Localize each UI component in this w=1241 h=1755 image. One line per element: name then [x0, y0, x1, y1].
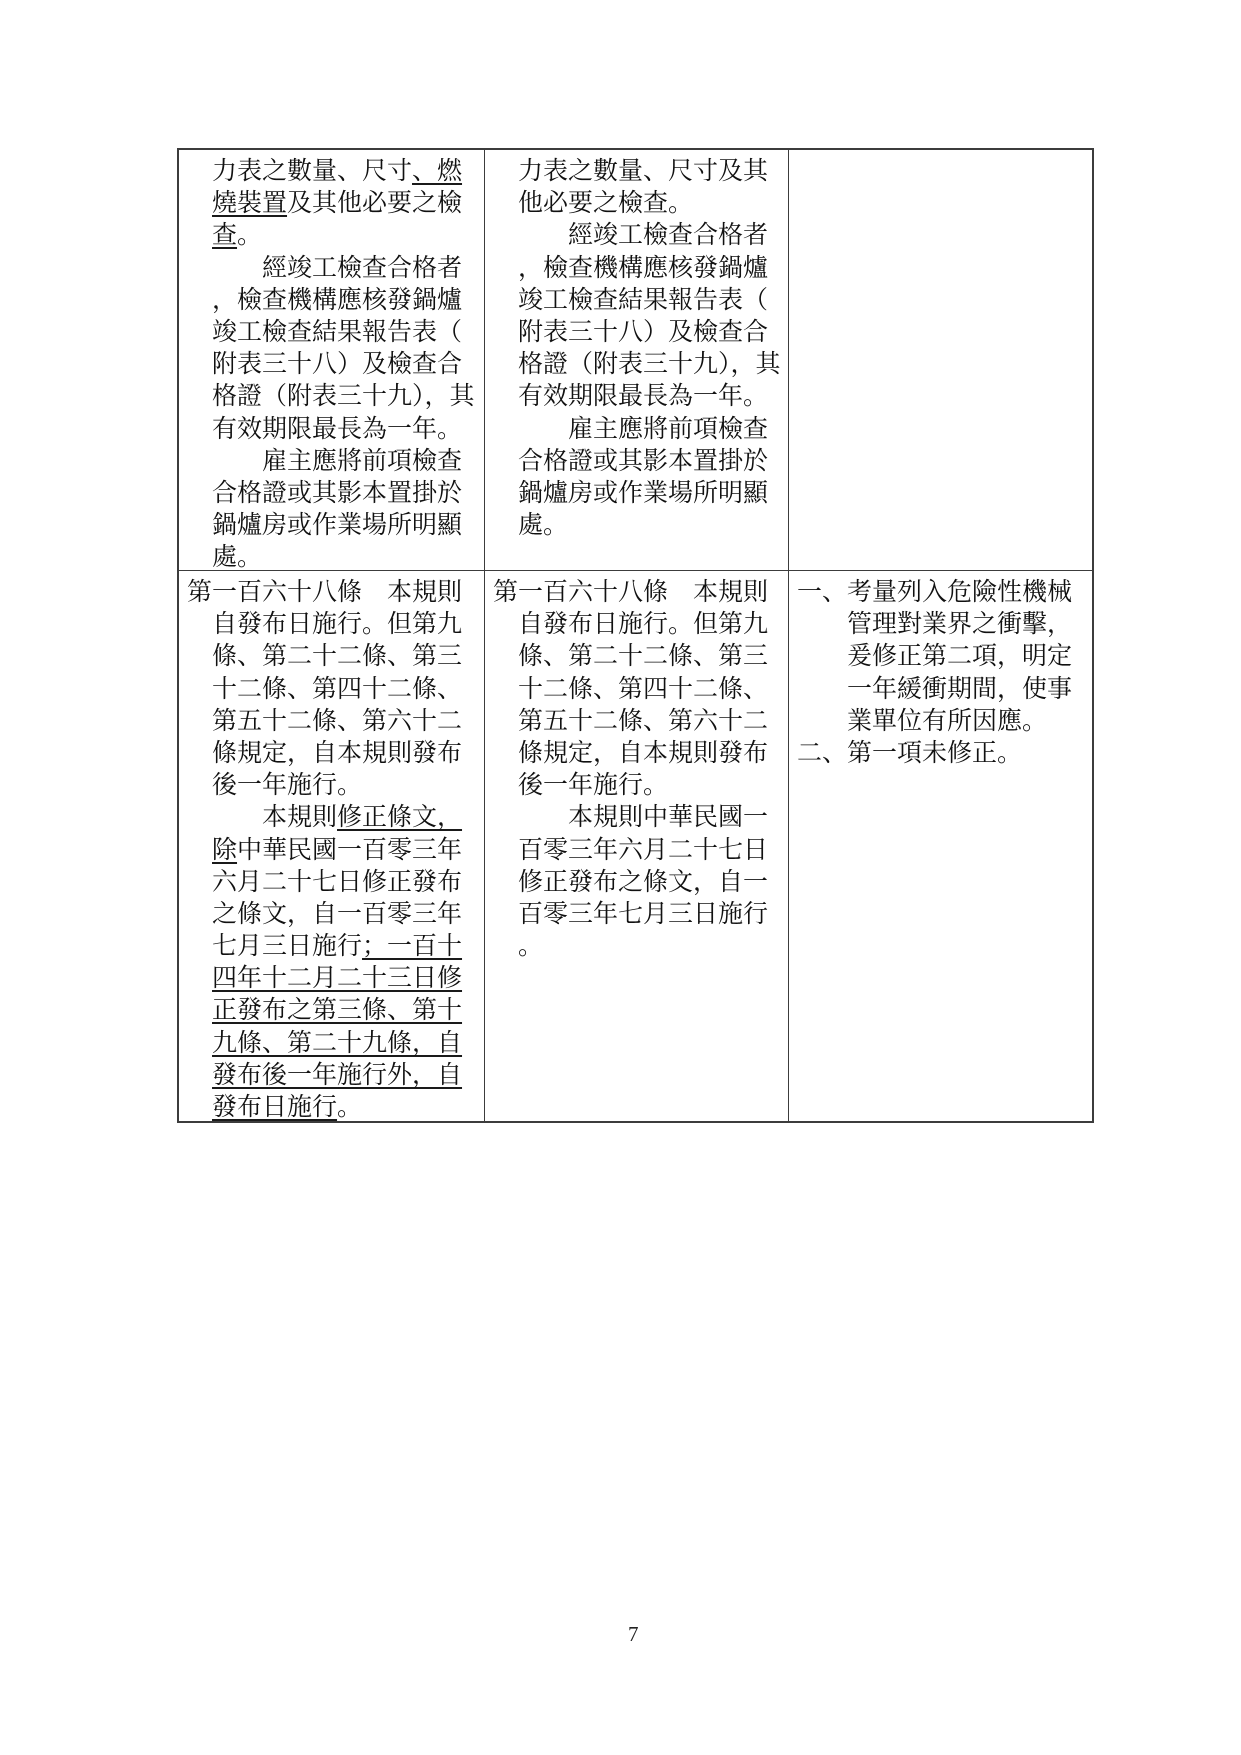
text-line: 條規定，自本規則發布: [187, 737, 480, 769]
text-line: 四年十二月二十三日修: [187, 962, 480, 994]
text-line: 除中華民國一百零三年: [187, 834, 480, 866]
text-line: 條規定，自本規則發布: [493, 737, 784, 769]
text-line: ，檢查機構應核發鍋爐: [187, 284, 480, 316]
text-line: 業單位有所因應。: [797, 705, 1088, 737]
text-line: 經竣工檢查合格者: [187, 252, 480, 284]
text-line: 七月三日施行；一百十: [187, 930, 480, 962]
text-line: 六月二十七日修正發布: [187, 866, 480, 898]
text-line: 雇主應將前項檢查: [187, 445, 480, 477]
text-line: 修正發布之條文，自一: [493, 866, 784, 898]
text-line: 第五十二條、第六十二: [493, 705, 784, 737]
text-line: 第五十二條、第六十二: [187, 705, 480, 737]
text-line: 處。: [187, 541, 480, 571]
text-line: 他必要之檢查。: [493, 187, 784, 219]
table-cell-article-168-explanation: 一、考量列入危險性機械 管理對業界之衝擊， 爰修正第二項，明定 一年緩衝期間，使…: [789, 571, 1092, 1121]
text-line: 發布後一年施行外，自: [187, 1059, 480, 1091]
text-line: 竣工檢查結果報告表（: [493, 284, 784, 316]
text-line: 鍋爐房或作業場所明顯: [187, 509, 480, 541]
text-line: 附表三十八）及檢查合: [187, 348, 480, 380]
text-line: 雇主應將前項檢查: [493, 413, 784, 445]
text-line: 合格證或其影本置掛於: [493, 445, 784, 477]
text-line: 力表之數量、尺寸及其: [493, 155, 784, 187]
text-line: 第一百六十八條 本規則: [493, 576, 784, 608]
text-line: 本規則中華民國一: [493, 801, 784, 833]
text-line: 查。: [187, 219, 480, 251]
text-line: 正發布之第三條、第十: [187, 994, 480, 1026]
text-line: 燒裝置及其他必要之檢: [187, 187, 480, 219]
page-number: 7: [0, 1622, 1241, 1647]
text-line: 竣工檢查結果報告表（: [187, 316, 480, 348]
text-line: 有效期限最長為一年。: [187, 413, 480, 445]
text-line: 發布日施行。: [187, 1091, 480, 1121]
text-line: 合格證或其影本置掛於: [187, 477, 480, 509]
text-line: 一年緩衝期間，使事: [797, 673, 1088, 705]
text-line: 本規則修正條文，: [187, 801, 480, 833]
text-line: 百零三年六月二十七日: [493, 834, 784, 866]
text-line: ，檢查機構應核發鍋爐: [493, 252, 784, 284]
text-line: 條、第二十二條、第三: [187, 640, 480, 672]
text-line: 第一百六十八條 本規則: [187, 576, 480, 608]
text-line: 爰修正第二項，明定: [797, 640, 1088, 672]
text-line: 自發布日施行。但第九: [187, 608, 480, 640]
text-line: 附表三十八）及檢查合: [493, 316, 784, 348]
text-line: 力表之數量、尺寸、燃: [187, 155, 480, 187]
text-line: 自發布日施行。但第九: [493, 608, 784, 640]
table-cell-current-continued: 力表之數量、尺寸及其 他必要之檢查。 經竣工檢查合格者 ，檢查機構應核發鍋爐 竣…: [485, 150, 789, 571]
regulation-comparison-table: 力表之數量、尺寸、燃 燒裝置及其他必要之檢 查。 經竣工檢查合格者 ，檢查機構應…: [177, 148, 1094, 1123]
text-line: 鍋爐房或作業場所明顯: [493, 477, 784, 509]
text-line: 格證（附表三十九），其: [493, 348, 784, 380]
text-line: 管理對業界之衝擊，: [797, 608, 1088, 640]
text-line: 之條文，自一百零三年: [187, 898, 480, 930]
text-line: 十二條、第四十二條、: [493, 673, 784, 705]
document-page: 力表之數量、尺寸、燃 燒裝置及其他必要之檢 查。 經竣工檢查合格者 ，檢查機構應…: [0, 0, 1241, 1755]
text-line: 後一年施行。: [187, 769, 480, 801]
text-line: 。: [493, 930, 784, 962]
text-line: 經竣工檢查合格者: [493, 219, 784, 251]
text-line: 九條、第二十九條，自: [187, 1027, 480, 1059]
text-line: 格證（附表三十九），其: [187, 380, 480, 412]
table-cell-explanation-empty: [789, 150, 1092, 571]
table-cell-article-168-current: 第一百六十八條 本規則 自發布日施行。但第九 條、第二十二條、第三 十二條、第四…: [485, 571, 789, 1121]
text-line: 後一年施行。: [493, 769, 784, 801]
text-line: 處。: [493, 509, 784, 541]
text-line: 一、考量列入危險性機械: [797, 576, 1088, 608]
text-line: 二、第一項未修正。: [797, 737, 1088, 769]
table-cell-article-168-amended: 第一百六十八條 本規則 自發布日施行。但第九 條、第二十二條、第三 十二條、第四…: [179, 571, 485, 1121]
text-line: 百零三年七月三日施行: [493, 898, 784, 930]
text-line: 有效期限最長為一年。: [493, 380, 784, 412]
text-line: 條、第二十二條、第三: [493, 640, 784, 672]
text-line: 十二條、第四十二條、: [187, 673, 480, 705]
table-cell-amended-continued: 力表之數量、尺寸、燃 燒裝置及其他必要之檢 查。 經竣工檢查合格者 ，檢查機構應…: [179, 150, 485, 571]
